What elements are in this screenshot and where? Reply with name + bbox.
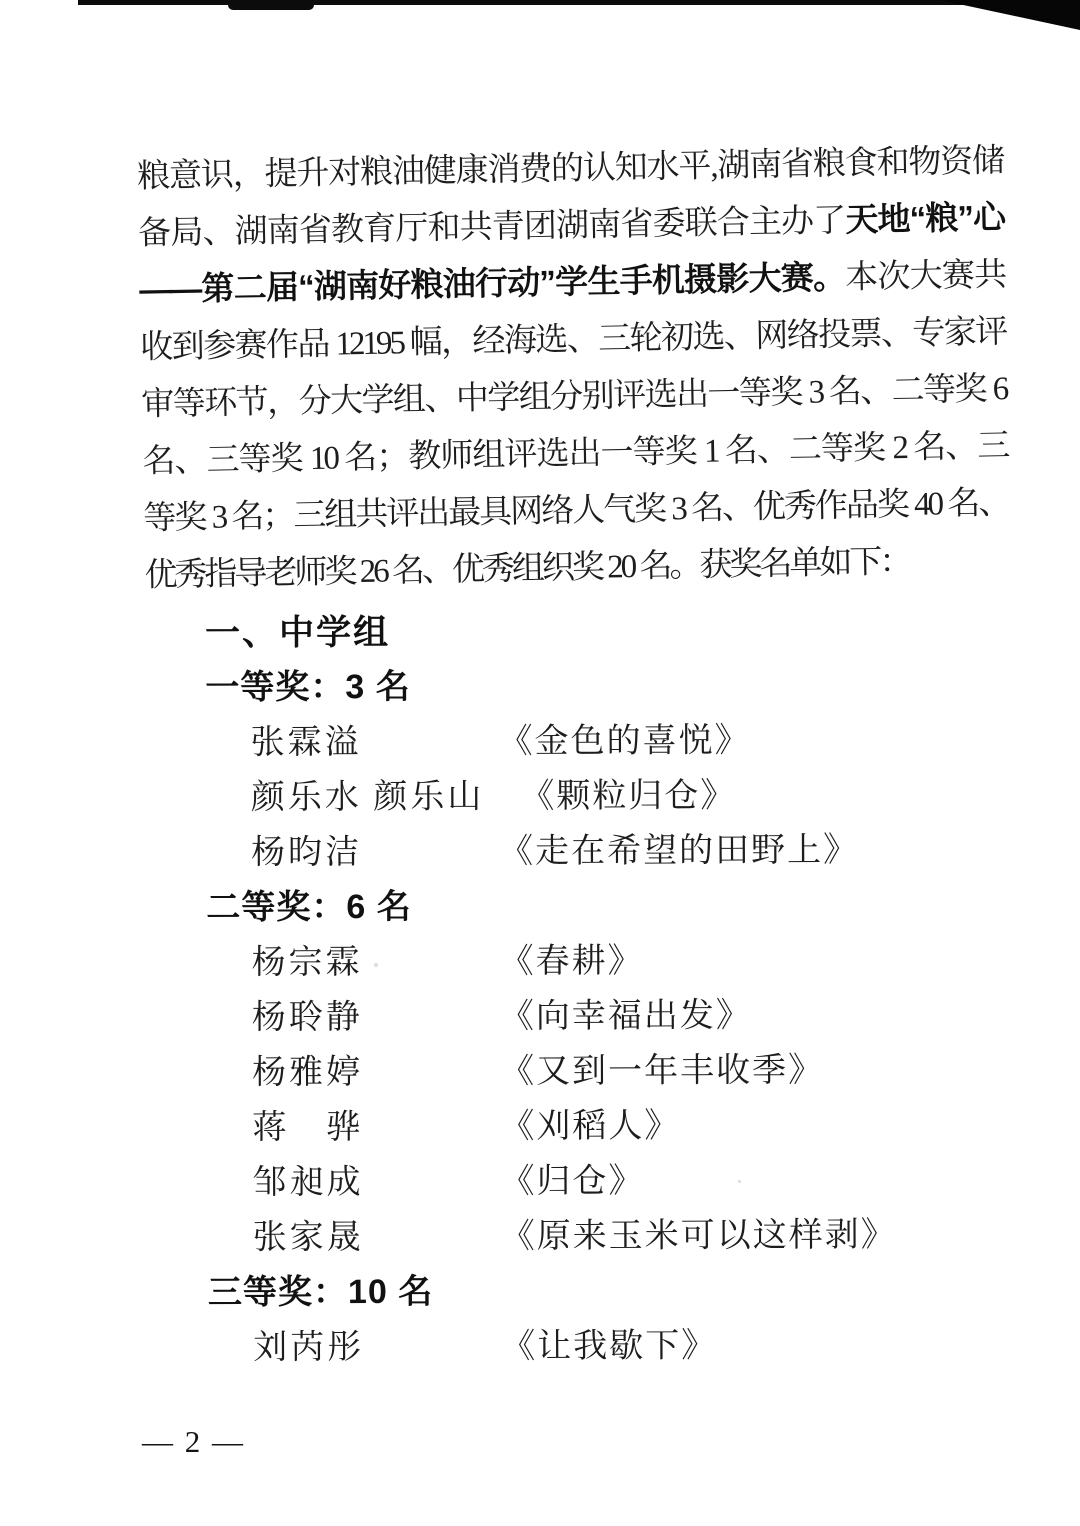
section-heading-first-prize: 一等奖：3 名 [205,657,1010,716]
winner-name: 杨宗霖 [251,935,463,991]
winner-name: 杨雅婷 [252,1045,464,1101]
winner-name: 邹昶成 [252,1155,464,1211]
award-list: 一、中学组 一等奖：3 名 张霖溢《金色的喜悦》 颜乐水 颜乐山《颗粒归仓》 杨… [145,602,1013,1376]
award-entry: 杨雅婷《又到一年丰收季》 [252,1042,1012,1100]
award-entry: 刘芮彤《让我歇下》 [253,1317,1013,1375]
scanned-document-page: 粮意识，提升对粮油健康消费的认知水平,湖南省粮食和物资储 备局、湖南省教育厅和共… [0,0,1080,1526]
intro-text: 名、三等奖 10 名；教师组评选出一等奖 1 名、二等奖 2 名、三 [142,428,1008,480]
group-heading: 一、中学组 [205,602,1010,661]
work-title: 《又到一年丰收季》 [500,1052,824,1090]
section-heading-third-prize: 三等奖：10 名 [208,1262,1013,1321]
work-title: 《原来玉米可以这样剥》 [501,1217,897,1256]
winner-name: 杨昀洁 [251,825,463,881]
intro-text: 优秀指导老师奖 26 名、优秀组织奖 20 名。获奖名单如下： [144,544,910,594]
work-title: 《走在希望的田野上》 [499,832,859,871]
intro-text: 粮意识，提升对粮油健康消费的认知水平,湖南省粮食和物资储 [137,143,1003,195]
intro-text: 等奖 3 名；三组共评出最具网络人气奖 3 名、优秀作品奖 40 名、 [143,485,1009,537]
intro-text: 审等环节，分大学组、中学组分别评选出一等奖 3 名、二等奖 6 [141,371,1007,423]
intro-text: 收到参赛作品 12195 幅，经海选、三轮初选、网络投票、专家评 [140,314,1006,366]
page-number: — 2 — [142,1424,245,1460]
intro-paragraph: 粮意识，提升对粮油健康消费的认知水平,湖南省粮食和物资储 备局、湖南省教育厅和共… [137,131,1010,603]
award-entry: 邹昶成《归仓》 [252,1152,1012,1210]
scan-artifact-top-blob [228,0,314,10]
award-entry: 张霖溢《金色的喜悦》 [250,712,1010,770]
intro-text: 备局、湖南省教育厅和共青团湖南省委联合主办了 [138,203,846,252]
work-title: 《春耕》 [499,943,643,981]
winner-name: 蒋 骅 [252,1100,464,1156]
document-body: 粮意识，提升对粮油健康消费的认知水平,湖南省粮食和物资储 备局、湖南省教育厅和共… [145,147,1010,1376]
intro-text: 本次大赛共 [845,257,1005,296]
section-heading-second-prize: 二等奖：6 名 [206,877,1011,936]
award-entry: 杨昀洁《走在希望的田野上》 [251,822,1011,880]
award-entry: 杨宗霖《春耕》 [251,932,1011,990]
intro-text-bold: ——第二届“湖南好粮油行动”学生手机摄影大赛。 [139,258,846,308]
winner-name: 刘芮彤 [253,1320,465,1376]
award-entry: 杨聆静《向幸福出发》 [252,987,1012,1045]
scan-artifact-corner-wedge [940,0,1080,30]
winner-name: 颜乐水 颜乐山 [251,770,485,826]
award-entry: 蒋 骅《刈稻人》 [252,1097,1012,1155]
intro-text-bold: 天地“粮”心 [845,198,1003,238]
winner-name: 张家晟 [253,1210,465,1266]
work-title: 《金色的喜悦》 [499,722,751,760]
work-title: 《让我歇下》 [501,1328,717,1366]
award-entry: 张家晟《原来玉米可以这样剥》 [253,1207,1013,1265]
award-entry: 颜乐水 颜乐山《颗粒归仓》 [251,767,1011,825]
work-title: 《归仓》 [500,1163,644,1201]
winner-name: 张霖溢 [250,715,462,771]
work-title: 《向幸福出发》 [500,997,752,1035]
work-title: 《颗粒归仓》 [520,777,736,815]
work-title: 《刈稻人》 [500,1108,680,1146]
winner-name: 杨聆静 [252,990,464,1046]
